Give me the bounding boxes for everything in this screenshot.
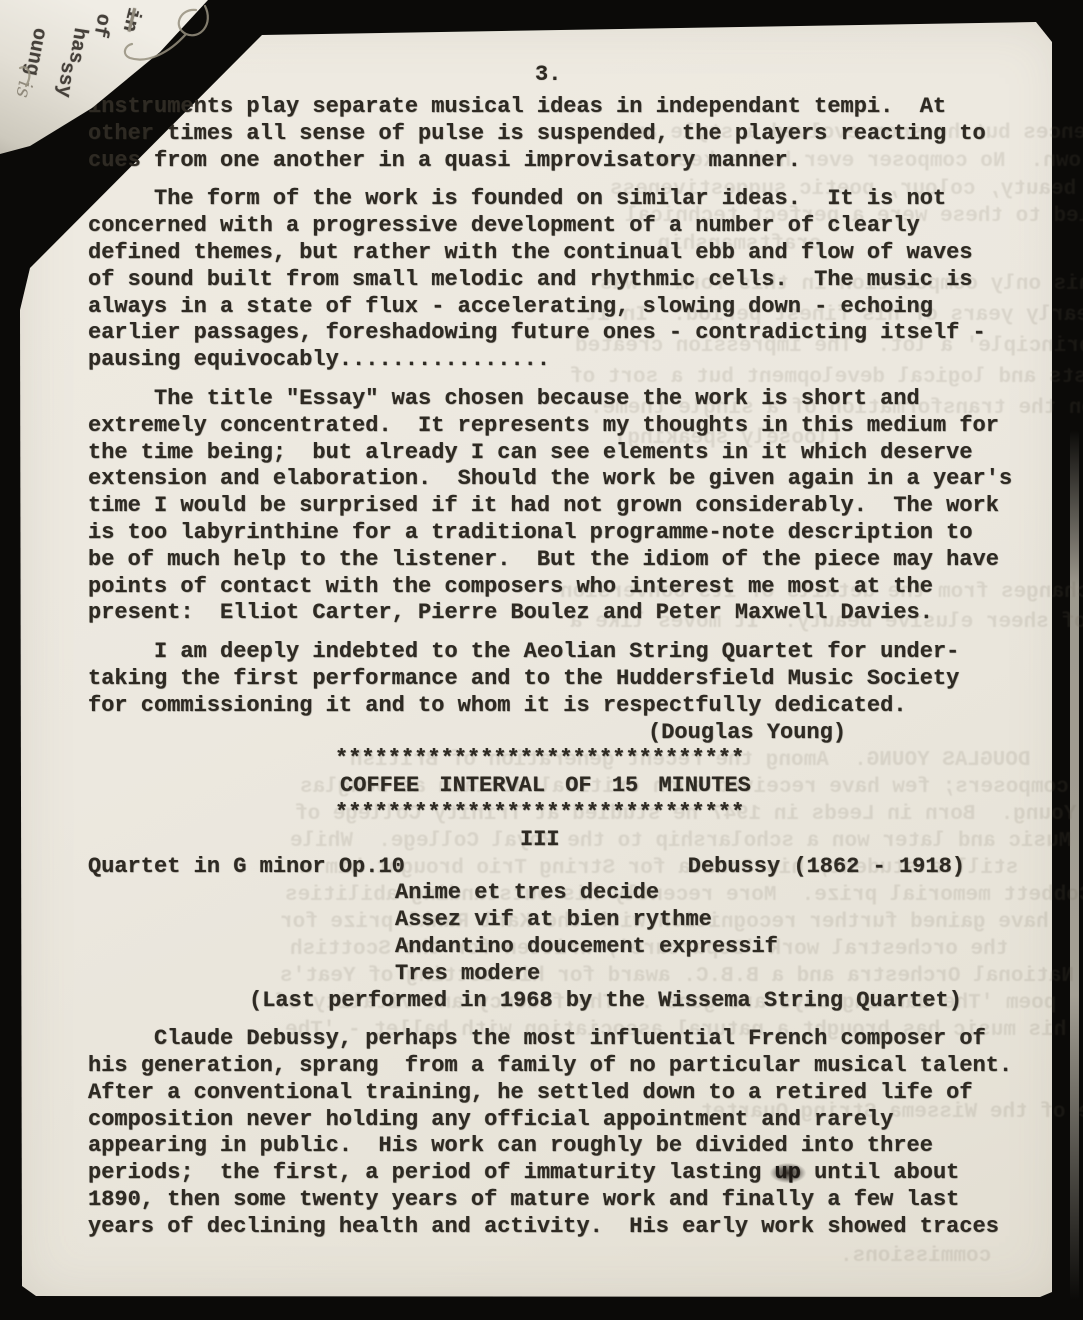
fold-typed-fragment: has	[60, 26, 92, 66]
paragraph-form-line: defined themes, but rather with the cont…	[88, 240, 1012, 267]
ink-smudge: up	[775, 1160, 801, 1185]
fold-typed-fragment: ssy	[49, 60, 80, 99]
paragraph-form-line: concerned with a progressive development…	[88, 213, 1012, 240]
paragraph-form-line: The form of the work is founded on simil…	[88, 186, 1012, 213]
paragraph-debussy-bio-line: 1890, then some twenty years of mature w…	[88, 1187, 1012, 1214]
paragraph-debussy-bio-line: his generation, sprang from a family of …	[88, 1053, 1012, 1080]
paragraph-debussy-bio-line: Claude Debussy, perhaps the most influen…	[88, 1026, 1012, 1053]
section-numeral: III	[520, 827, 1012, 854]
work-header: Quartet in G minor Op.10Debussy (1862 - …	[88, 854, 965, 881]
paragraph-tempi-line: instruments play separate musical ideas …	[88, 94, 1012, 121]
paragraph-title-essay-line: extremely concentrated. It represents my…	[88, 413, 1012, 440]
paragraph-debussy-bio-line: periods; the first, a period of immaturi…	[88, 1160, 1012, 1187]
paragraph-tempi: instruments play separate musical ideas …	[88, 94, 1012, 174]
movement-list-line: Andantino doucement expressif	[395, 934, 1012, 961]
paragraph-form: The form of the work is founded on simil…	[88, 186, 1012, 374]
paragraph-title-essay-line: extension and elaboration. Should the wo…	[88, 466, 1012, 493]
paragraph-dedication-line: taking the first performance and to the …	[88, 666, 1012, 693]
paragraph-title-essay-line: time I would be surprised if it had not …	[88, 493, 1012, 520]
movement-list-line: Anime et tres decide	[395, 880, 1012, 907]
movement-list-line: Assez vif at bien rythme	[395, 907, 1012, 934]
asterisk-divider-top: *******************************	[335, 746, 1012, 773]
paragraph-tempi-line: cues from one another in a quasi improvi…	[88, 148, 1012, 175]
paragraph-title-essay-line: points of contact with the composers who…	[88, 574, 1012, 601]
page-number: 3.	[535, 62, 561, 89]
work-title: Quartet in G minor Op.10	[88, 854, 405, 881]
paragraph-title-essay-line: The title "Essay" was chosen because the…	[88, 386, 1012, 413]
paragraph-debussy-bio-line: years of declining health and activity. …	[88, 1214, 1012, 1241]
paper-edge-highlight	[1070, 430, 1079, 1300]
paragraph-title-essay-line: the time being; but already I can see el…	[88, 440, 1012, 467]
paragraph-debussy-bio-line: composition never holding any official a…	[88, 1107, 1012, 1134]
fold-typed-fragment: oung	[16, 25, 51, 77]
paragraph-title-essay-line: present: Elliot Carter, Pierre Boulez an…	[88, 600, 1012, 627]
paragraph-title-essay: The title "Essay" was chosen because the…	[88, 386, 1012, 627]
fold-typed-fragment: in	[114, 5, 146, 35]
scan-background: { "document": { "page_number": "3.", "bl…	[0, 0, 1083, 1320]
paragraph-title-essay-line: be of much help to the listener. But the…	[88, 547, 1012, 574]
author-signature: (Douglas Young)	[648, 720, 1012, 747]
paragraph-debussy-bio-line: appearing in public. His work can roughl…	[88, 1133, 1012, 1160]
fold-pencil-note: is	[10, 79, 39, 100]
paragraph-form-line: pausing equivocably................	[88, 347, 1012, 374]
paragraph-form-line: earlier passages, foreshadowing future o…	[88, 320, 1012, 347]
paragraph-dedication: I am deeply indebted to the Aeolian Stri…	[88, 639, 1012, 719]
movement-list: Anime et tres decideAssez vif at bien ry…	[395, 880, 1012, 987]
paragraph-debussy-bio: Claude Debussy, perhaps the most influen…	[88, 1026, 1012, 1240]
movement-list-line: Tres modere	[395, 961, 1012, 988]
paragraph-title-essay-line: is too labyrinthine for a traditional pr…	[88, 520, 1012, 547]
last-performed-note: (Last performed in 1968 by the Wissema S…	[249, 988, 1012, 1015]
interval-heading: COFFEE INTERVAL OF 15 MINUTES	[340, 773, 1012, 800]
paragraph-debussy-bio-line: After a conventional training, he settle…	[88, 1080, 1012, 1107]
typewritten-content: instruments play separate musical ideas …	[88, 94, 1012, 1241]
paragraph-dedication-line: for commissioning it and to whom it is r…	[88, 693, 1012, 720]
paragraph-form-line: always in a state of flux - accelerating…	[88, 294, 1012, 321]
work-composer: Debussy (1862 - 1918)	[688, 854, 965, 881]
paragraph-dedication-line: I am deeply indebted to the Aeolian Stri…	[88, 639, 1012, 666]
paragraph-tempi-line: other times all sense of pulse is suspen…	[88, 121, 1012, 148]
paragraph-form-line: of sound built from small melodic and rh…	[88, 267, 1012, 294]
asterisk-divider-bottom: *******************************	[335, 800, 1012, 827]
